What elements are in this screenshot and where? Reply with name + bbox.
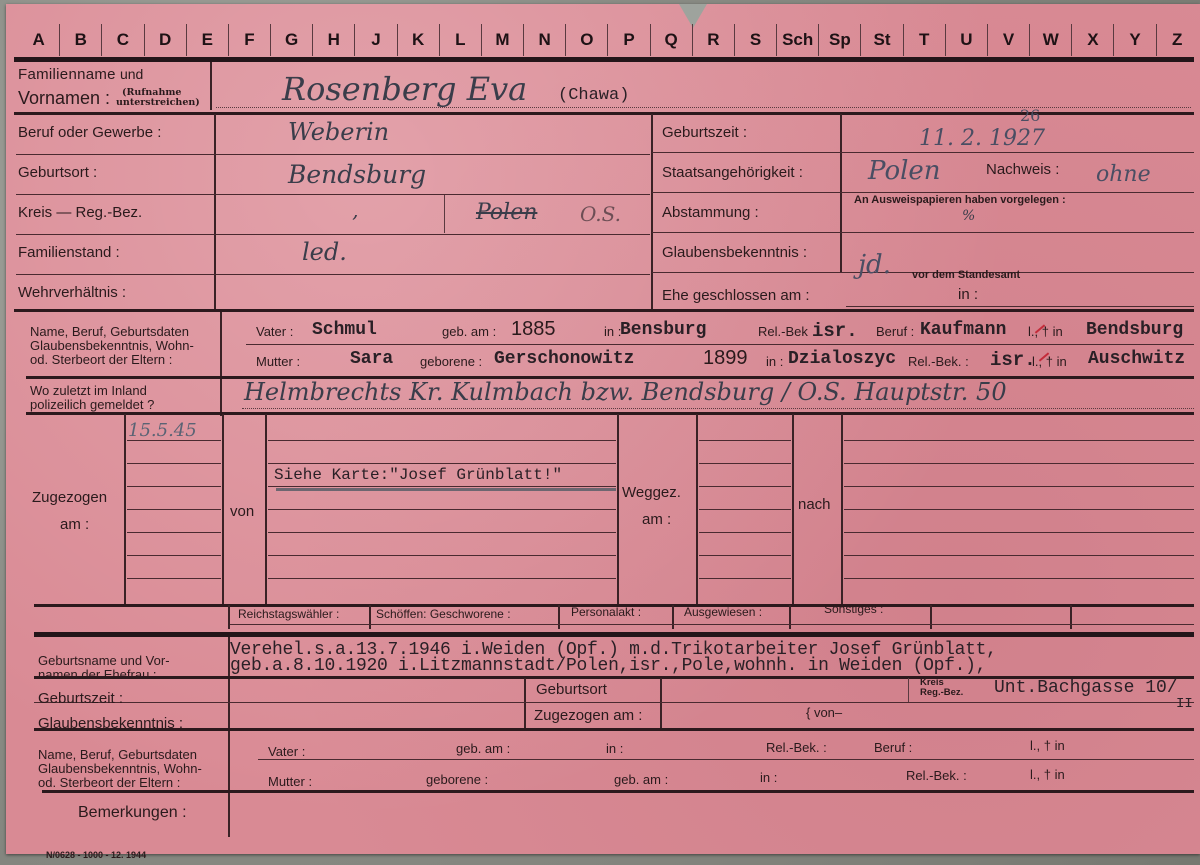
rule [127,578,221,579]
index-tab-l: L [440,24,482,56]
index-tab-j: J [355,24,397,56]
father-name: Schmul [312,320,377,340]
father-label: Vater : [256,324,293,339]
birth-year-correction: 26 [1020,106,1040,125]
spouse-address: Unt.Bachgasse 10/ [994,678,1178,698]
divider [210,62,212,110]
mother-place: Dzialoszyc [788,349,896,369]
rule [258,759,1194,760]
mother-death-place: Auschwitz [1088,349,1185,369]
divider [651,114,653,310]
divider [792,414,794,604]
spouse-mother-maiden-label: geborene : [426,772,488,787]
spouse-father-label: Vater : [268,744,305,759]
divider [26,412,1194,415]
divider [617,414,619,604]
field-value-religion: jd. [858,250,891,280]
field-value-district-os: O.S. [580,202,621,226]
field-label-ancestry: Abstammung : [662,204,759,221]
field-value-district-region: Polen [476,200,537,225]
divider [222,414,224,604]
moved-in-label-am: am : [60,516,89,533]
divider [444,195,445,233]
moved-out-label-am: am : [642,511,671,528]
rule [846,306,1194,307]
rule [652,232,1194,233]
label-registry-office: vor dem Standesamt [912,269,1020,281]
field-value-marital-status: led. [302,238,347,266]
rule [127,509,221,510]
rule [268,486,616,487]
field-value-proof: ohne [1096,162,1151,187]
divider [124,414,126,604]
father-death-place: Bendsburg [1086,320,1183,340]
index-tab-q: Q [651,24,693,56]
spouse-father-in-label: in : [606,741,623,756]
divider [524,678,526,728]
spouse-father-job-label: Beruf : [874,740,912,755]
index-tab-x: X [1072,24,1114,56]
status-expelled: Ausgewiesen : [684,605,762,619]
name-label: Familienname und [18,66,143,83]
parents-label: Name, Beruf, GeburtsdatenGlaubensbekennt… [30,325,194,367]
rule [16,194,650,195]
name-note: (Rufnahmeunterstreichen) [116,88,200,108]
divider [908,678,909,702]
spouse-mother-religion-label: Rel.-Bek. : [906,768,967,783]
moved-from-label: von [230,503,254,520]
underline-mark [276,488,616,491]
rule [699,463,791,464]
registration-card: ABCDEFGHJKLMNOPQRSSchSpStTUVWXYZ Familie… [6,4,1200,854]
mother-maiden-name: Gerschonowitz [494,349,634,369]
divider [34,728,1194,731]
divider [660,678,662,728]
spouse-mother-label: Mutter : [268,774,312,789]
index-tab-sp: Sp [819,24,861,56]
divider [696,414,698,604]
mother-maiden-label: geborene : [420,354,482,369]
field-label-nationality: Staatsangehörigkeit : [662,164,803,181]
value-id-papers: % [962,208,975,224]
divider [265,414,267,604]
rule [268,532,616,533]
rule [699,532,791,533]
rule [844,509,1194,510]
spouse-mother-born-label: geb. am : [614,772,668,787]
remarks-label: Bemerkungen : [78,804,187,822]
rule [844,555,1194,556]
mother-label: Mutter : [256,354,300,369]
father-death-label: l., † in [1028,324,1063,339]
moved-out-label: Weggez. [622,484,681,501]
index-tab-e: E [187,24,229,56]
index-tab-s: S [735,24,777,56]
divider [42,790,1194,793]
divider [558,605,560,629]
rule [268,509,616,510]
moved-in-label: Zugezogen [32,489,107,506]
spouse-mother-death-label: l., † in [1030,767,1065,782]
divider [214,114,216,310]
divider [14,57,1194,62]
index-tab-c: C [102,24,144,56]
rule [127,555,221,556]
label-married-in: in : [958,286,978,303]
rule [699,486,791,487]
index-tab-u: U [946,24,988,56]
spouse-moved-from-label: { von– [806,705,842,720]
field-label-proof: Nachweis : [986,161,1059,178]
index-tab-p: P [608,24,650,56]
registration-value: Helmbrechts Kr. Kulmbach bzw. Bendsburg … [244,378,1007,406]
rule [16,234,650,235]
index-tab-y: Y [1114,24,1156,56]
divider [672,605,674,629]
index-tabs: ABCDEFGHJKLMNOPQRSSchSpStTUVWXYZ [18,24,1198,56]
field-label-military: Wehrverhältnis : [18,284,126,301]
field-value-district: ‚ [352,198,358,222]
rule [34,702,1194,703]
mother-death-label: l., † in [1032,354,1067,369]
index-tab-m: M [482,24,524,56]
index-tab-n: N [524,24,566,56]
index-tab-r: R [693,24,735,56]
moved-in-date: 15.5.45 [128,420,197,441]
spouse-district-label: KreisReg.-Bez. [920,678,963,698]
index-tab-v: V [988,24,1030,56]
divider [369,605,371,629]
father-place: Bensburg [620,320,706,340]
dotted-line [242,408,1194,409]
field-value-birthplace: Bendsburg [288,160,426,189]
divider [14,309,1194,312]
status-other: Sonstiges : [824,602,883,616]
rule [699,509,791,510]
field-value-occupation: Weberin [288,118,389,146]
dotted-line [216,107,1191,108]
spouse-birth-place-label: Geburtsort [536,681,607,698]
mother-religion: isr. [990,349,1036,371]
father-religion-label: Rel.-Bek [758,324,808,339]
rule [844,440,1194,441]
index-tab-st: St [861,24,903,56]
divider [1070,605,1072,629]
name-value: Rosenberg Eva [282,70,527,108]
index-tab-h: H [313,24,355,56]
rule [844,486,1194,487]
divider [840,114,842,272]
spouse-birth-time-label: Geburtszeit : [38,690,123,707]
index-tab-a: A [18,24,60,56]
rule [230,624,1194,625]
index-tab-k: K [398,24,440,56]
rule [652,192,1194,193]
index-tab-t: T [904,24,946,56]
divider [930,605,932,629]
moved-from-note: Siehe Karte:"Josef Grünblatt!" [274,466,562,484]
index-tab-sch: Sch [777,24,819,56]
mother-religion-label: Rel.-Bek. : [908,354,969,369]
first-name-label: Vornamen : [18,88,110,109]
spouse-father-religion-label: Rel.-Bek. : [766,740,827,755]
rule [127,463,221,464]
field-label-marital-status: Familienstand : [18,244,120,261]
divider [34,632,1194,637]
field-label-religion: Glaubensbekenntnis : [662,244,807,261]
spouse-father-born-label: geb. am : [456,741,510,756]
divider [220,312,222,416]
index-tab-z: Z [1157,24,1198,56]
father-religion: isr. [812,320,858,342]
spouse-moved-label: Zugezogen am : [534,707,642,724]
spouse-line-2: geb.a.8.10.1920 i.Litzmannstadt/Polen,is… [230,656,986,676]
rule [16,274,650,275]
rule [699,578,791,579]
index-tab-d: D [145,24,187,56]
rule [127,532,221,533]
name-typed: (Chawa) [558,86,629,105]
field-label-district: Kreis — Reg.-Bez. [18,204,142,221]
field-label-married: Ehe geschlossen am : [662,287,810,304]
father-born: 1885 [511,318,556,341]
mother-in-label: in : [766,354,783,369]
index-tab-b: B [60,24,102,56]
father-job: Kaufmann [920,320,1006,340]
field-label-occupation: Beruf oder Gewerbe : [18,124,161,141]
status-personnel-file: Personalakt : [571,605,641,619]
spouse-address-floor: II [1176,696,1193,712]
field-label-birthplace: Geburtsort : [18,164,97,181]
rule [268,463,616,464]
index-tab-f: F [229,24,271,56]
field-value-nationality: Polen [868,156,941,186]
divider [14,112,1194,115]
rule [268,440,616,441]
mother-born: 1899 [703,347,748,370]
index-tab-w: W [1030,24,1072,56]
rule [652,152,1194,153]
spouse-father-death-label: l., † in [1030,738,1065,753]
rule [844,463,1194,464]
field-value-birth-date: 11. 2. 1927 [919,126,1045,151]
divider [228,605,230,629]
mother-name: Sara [350,349,393,369]
rule [127,486,221,487]
rule [246,344,1194,345]
label-id-papers: An Ausweispapieren haben vorgelegen : [854,194,1066,206]
divider [789,605,791,629]
index-tab-o: O [566,24,608,56]
status-juror: Schöffen: Geschworene : [376,607,511,621]
form-number: N/0628 - 1000 - 12. 1944 [46,850,146,860]
rule [16,154,650,155]
spouse-parents-label: Name, Beruf, GeburtsdatenGlaubensbekennt… [38,748,202,790]
father-born-label: geb. am : [442,324,496,339]
index-tab-g: G [271,24,313,56]
rule [844,532,1194,533]
father-job-label: Beruf : [876,324,914,339]
rule [268,578,616,579]
rule [699,555,791,556]
divider [841,414,843,604]
spouse-mother-in-label: in : [760,770,777,785]
registration-label: Wo zuletzt im Inlandpolizeilich gemeldet… [30,384,154,412]
moved-to-label: nach [798,496,831,513]
rule [699,440,791,441]
rule [844,578,1194,579]
field-label-birth-date: Geburtszeit : [662,124,747,141]
father-in-label: in : [604,324,621,339]
status-voter: Reichstagswähler : [238,607,339,621]
rule [268,555,616,556]
